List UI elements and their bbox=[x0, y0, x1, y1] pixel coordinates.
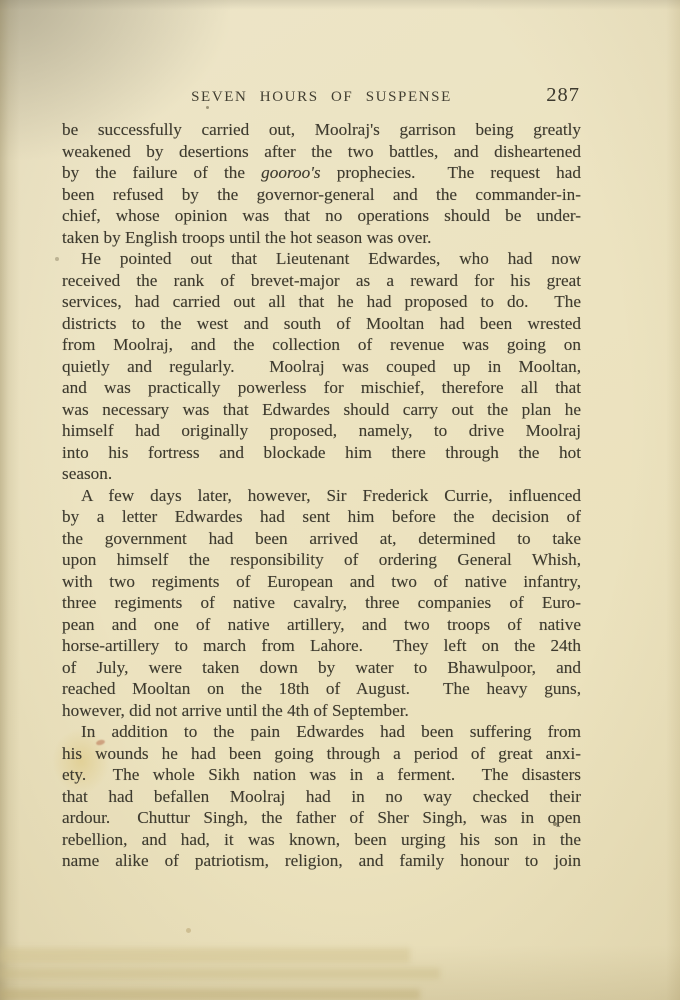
text-line: ety. The whole Sikh nation was in a ferm… bbox=[62, 764, 581, 786]
text-line: been refused by the governor-general and… bbox=[62, 184, 581, 206]
text-line: services, had carried out all that he ha… bbox=[62, 291, 581, 313]
text-line: horse-artillery to march from Lahore. Th… bbox=[62, 635, 581, 657]
top-edge-shadow bbox=[0, 0, 680, 10]
text-line: season. bbox=[62, 463, 581, 485]
left-edge-shadow bbox=[0, 0, 20, 1000]
scan-band bbox=[0, 968, 440, 979]
text-line: weakened by desertions after the two bat… bbox=[62, 141, 581, 163]
text-line: name alike of patriotism, religion, and … bbox=[62, 850, 581, 872]
scan-band bbox=[0, 989, 420, 1000]
text-line: into his fortress and blockade him there… bbox=[62, 442, 581, 464]
book-page: SEVEN HOURS OF SUSPENSE 287 be successfu… bbox=[0, 0, 680, 1000]
text-line: the government had been arrived at, dete… bbox=[62, 528, 581, 550]
text-line: was necessary was that Edwardes should c… bbox=[62, 399, 581, 421]
text-line: ardour. Chuttur Singh, the father of She… bbox=[62, 807, 581, 829]
text-line: pean and one of native artillery, and tw… bbox=[62, 614, 581, 636]
text-line: districts to the west and south of Moolt… bbox=[62, 313, 581, 335]
text-line: reached Mooltan on the 18th of August. T… bbox=[62, 678, 581, 700]
text-line: with two regiments of European and two o… bbox=[62, 571, 581, 593]
scan-band bbox=[0, 948, 410, 963]
text-line: He pointed out that Lieutenant Edwardes,… bbox=[62, 248, 581, 270]
text-line: from Moolraj, and the collection of reve… bbox=[62, 334, 581, 356]
text-line: by the failure of the gooroo's prophecie… bbox=[62, 162, 581, 184]
paper-speck bbox=[186, 928, 191, 933]
text-line: three regiments of native cavalry, three… bbox=[62, 592, 581, 614]
page-number: 287 bbox=[546, 84, 580, 107]
text-line: that had befallen Moolraj had in no way … bbox=[62, 786, 581, 808]
page-text: be successfully carried out, Moolraj's g… bbox=[62, 119, 581, 872]
text-line: received the rank of brevet-major as a r… bbox=[62, 270, 581, 292]
text-line: upon himself the responsibility of order… bbox=[62, 549, 581, 571]
text-line: chief, whose opinion was that no operati… bbox=[62, 205, 581, 227]
bottom-edge-shadow bbox=[0, 945, 680, 1000]
text-line: be successfully carried out, Moolraj's g… bbox=[62, 119, 581, 141]
paper-speck bbox=[206, 106, 209, 109]
text-line: taken by English troops until the hot se… bbox=[62, 227, 581, 249]
text-line: himself had originally proposed, namely,… bbox=[62, 420, 581, 442]
text-line: his wounds he had been going through a p… bbox=[62, 743, 581, 765]
text-line: In addition to the pain Edwardes had bee… bbox=[62, 721, 581, 743]
right-edge-shadow bbox=[666, 0, 680, 1000]
text-line: of July, were taken down by water to Bha… bbox=[62, 657, 581, 679]
text-line: quietly and regularly. Moolraj was coupe… bbox=[62, 356, 581, 378]
text-line: A few days later, however, Sir Frederick… bbox=[62, 485, 581, 507]
text-line: by a letter Edwardes had sent him before… bbox=[62, 506, 581, 528]
text-line: and was practically powerless for mischi… bbox=[62, 377, 581, 399]
running-head: SEVEN HOURS OF SUSPENSE bbox=[62, 89, 581, 106]
paper-speck bbox=[55, 257, 59, 261]
text-line: rebellion, and had, it was known, been u… bbox=[62, 829, 581, 851]
text-line: however, did not arrive until the 4th of… bbox=[62, 700, 581, 722]
